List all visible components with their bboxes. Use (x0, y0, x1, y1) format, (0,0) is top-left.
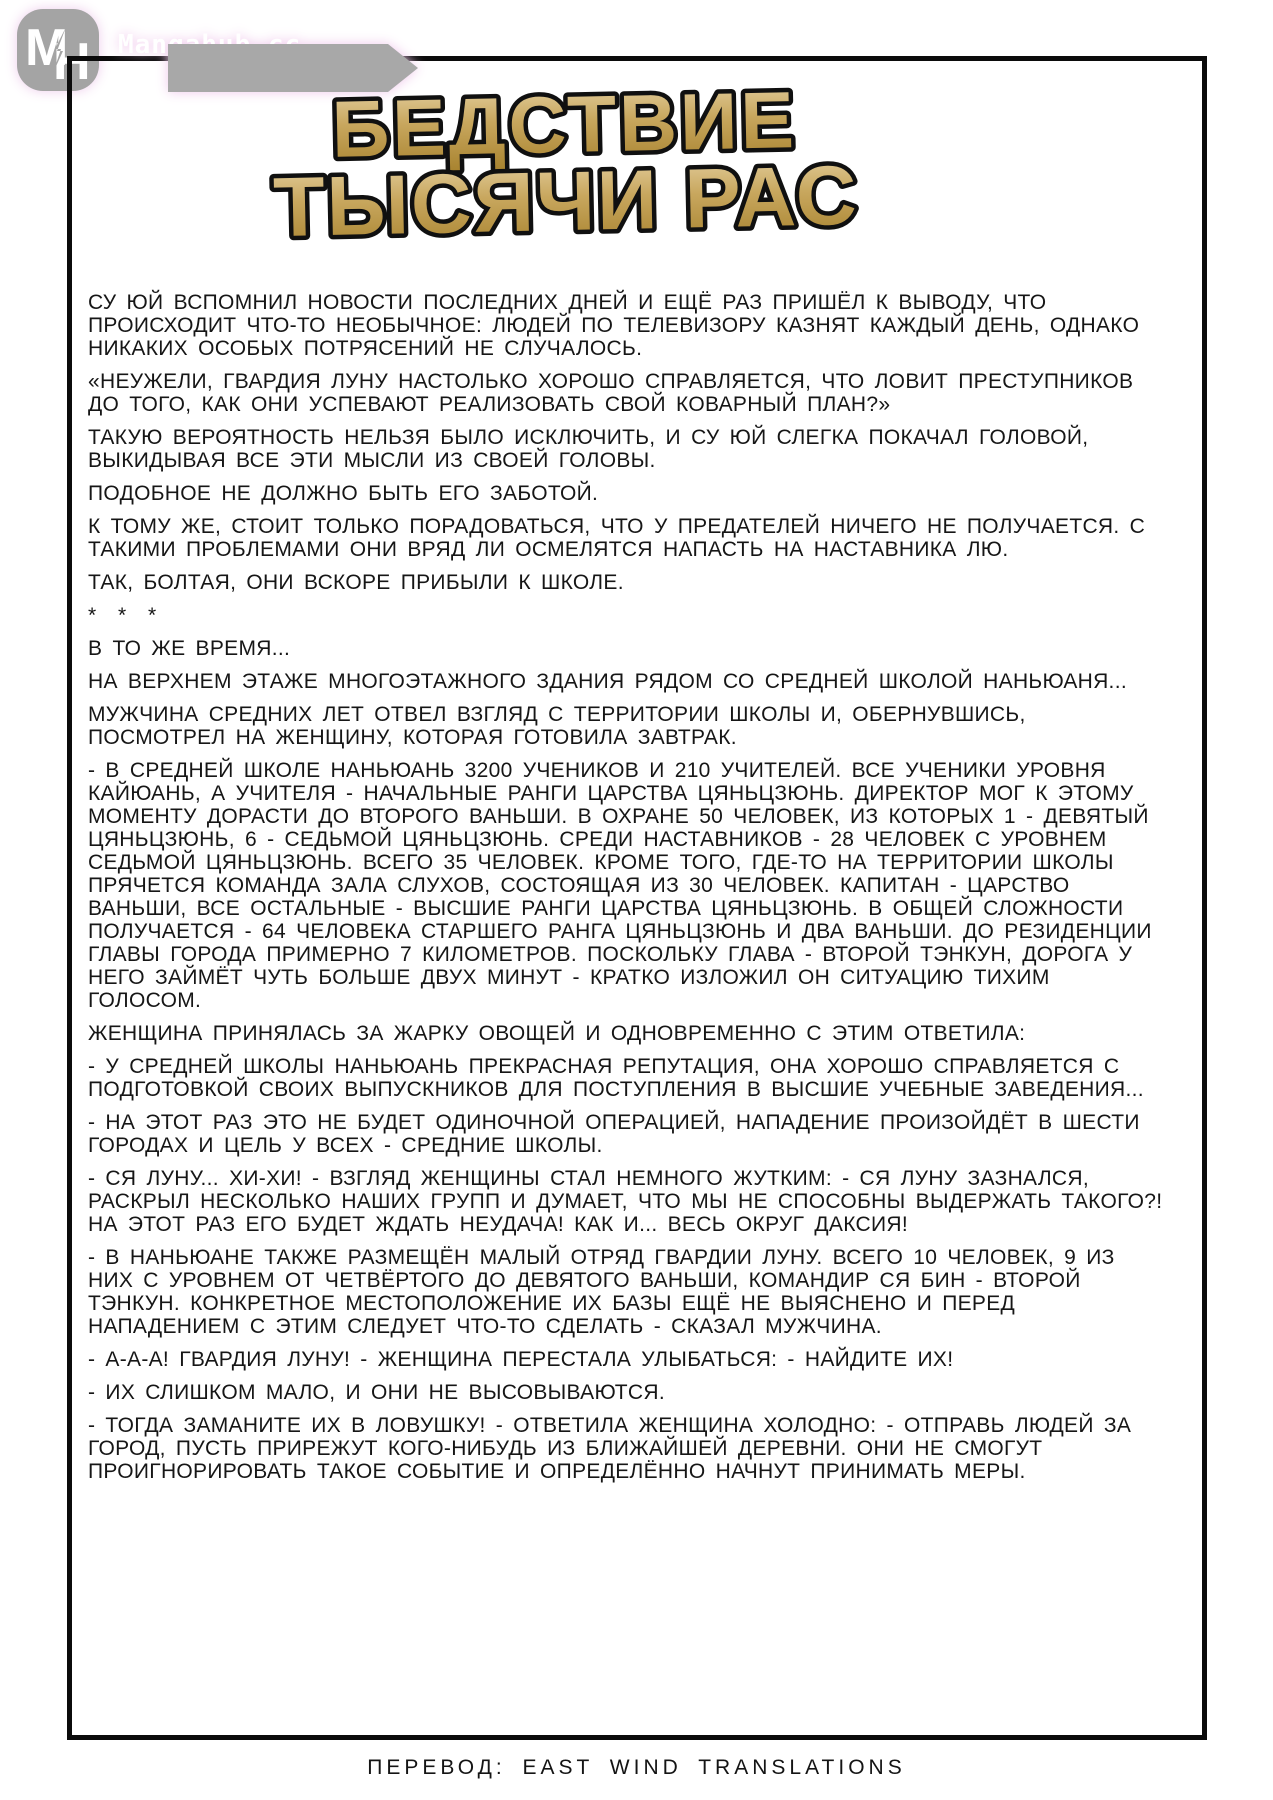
paragraph: - СЯ ЛУНУ... ХИ-ХИ! - ВЗГЛЯД ЖЕНЩИНЫ СТА… (88, 1167, 1163, 1236)
paragraph: ТАК, БОЛТАЯ, ОНИ ВСКОРЕ ПРИБЫЛИ К ШКОЛЕ. (88, 571, 1163, 594)
paragraph: СУ ЮЙ ВСПОМНИЛ НОВОСТИ ПОСЛЕДНИХ ДНЕЙ И … (88, 291, 1163, 360)
paragraph: «НЕУЖЕЛИ, ГВАРДИЯ ЛУНУ НАСТОЛЬКО ХОРОШО … (88, 370, 1163, 416)
paragraph: К ТОМУ ЖЕ, СТОИТ ТОЛЬКО ПОРАДОВАТЬСЯ, ЧТ… (88, 515, 1163, 561)
chapter-text: СУ ЮЙ ВСПОМНИЛ НОВОСТИ ПОСЛЕДНИХ ДНЕЙ И … (88, 291, 1163, 1493)
paragraph: ТАКУЮ ВЕРОЯТНОСТЬ НЕЛЬЗЯ БЫЛО ИСКЛЮЧИТЬ,… (88, 426, 1163, 472)
paragraph: МУЖЧИНА СРЕДНИХ ЛЕТ ОТВЕЛ ВЗГЛЯД С ТЕРРИ… (88, 703, 1163, 749)
paragraph: ЖЕНЩИНА ПРИНЯЛАСЬ ЗА ЖАРКУ ОВОЩЕЙ И ОДНО… (88, 1022, 1163, 1045)
translator-credit: ПЕРЕВОД: EAST WIND TRANSLATIONS (0, 1756, 1273, 1780)
paragraph: НА ВЕРХНЕМ ЭТАЖЕ МНОГОЭТАЖНОГО ЗДАНИЯ РЯ… (88, 670, 1163, 693)
paragraph: - ТОГДА ЗАМАНИТЕ ИХ В ЛОВУШКУ! - ОТВЕТИЛ… (88, 1414, 1163, 1483)
paragraph: - В СРЕДНЕЙ ШКОЛЕ НАНЬЮАНЬ 3200 УЧЕНИКОВ… (88, 759, 1163, 1012)
paragraph: - НА ЭТОТ РАЗ ЭТО НЕ БУДЕТ ОДИНОЧНОЙ ОПЕ… (88, 1111, 1163, 1157)
paragraph: - А-А-А! ГВАРДИЯ ЛУНУ! - ЖЕНЩИНА ПЕРЕСТА… (88, 1348, 1163, 1371)
paragraph: - У СРЕДНЕЙ ШКОЛЫ НАНЬЮАНЬ ПРЕКРАСНАЯ РЕ… (88, 1055, 1163, 1101)
paragraph: В ТО ЖЕ ВРЕМЯ... (88, 637, 1163, 660)
manga-page: M H Mangahub.cc БЕДСТВИЕ ТЫСЯЧИ РАС СУ Ю… (0, 0, 1273, 1800)
paragraph: - В НАНЬЮАНЕ ТАКЖЕ РАЗМЕЩЁН МАЛЫЙ ОТРЯД … (88, 1246, 1163, 1338)
chapter-title: БЕДСТВИЕ ТЫСЯЧИ РАС (265, 68, 865, 248)
section-break: * * * (88, 604, 1163, 627)
chapter-title-line2: ТЫСЯЧИ РАС (272, 148, 859, 248)
paragraph: ПОДОБНОЕ НЕ ДОЛЖНО БЫТЬ ЕГО ЗАБОТОЙ. (88, 482, 1163, 505)
paragraph: - ИХ СЛИШКОМ МАЛО, И ОНИ НЕ ВЫСОВЫВАЮТСЯ… (88, 1381, 1163, 1404)
